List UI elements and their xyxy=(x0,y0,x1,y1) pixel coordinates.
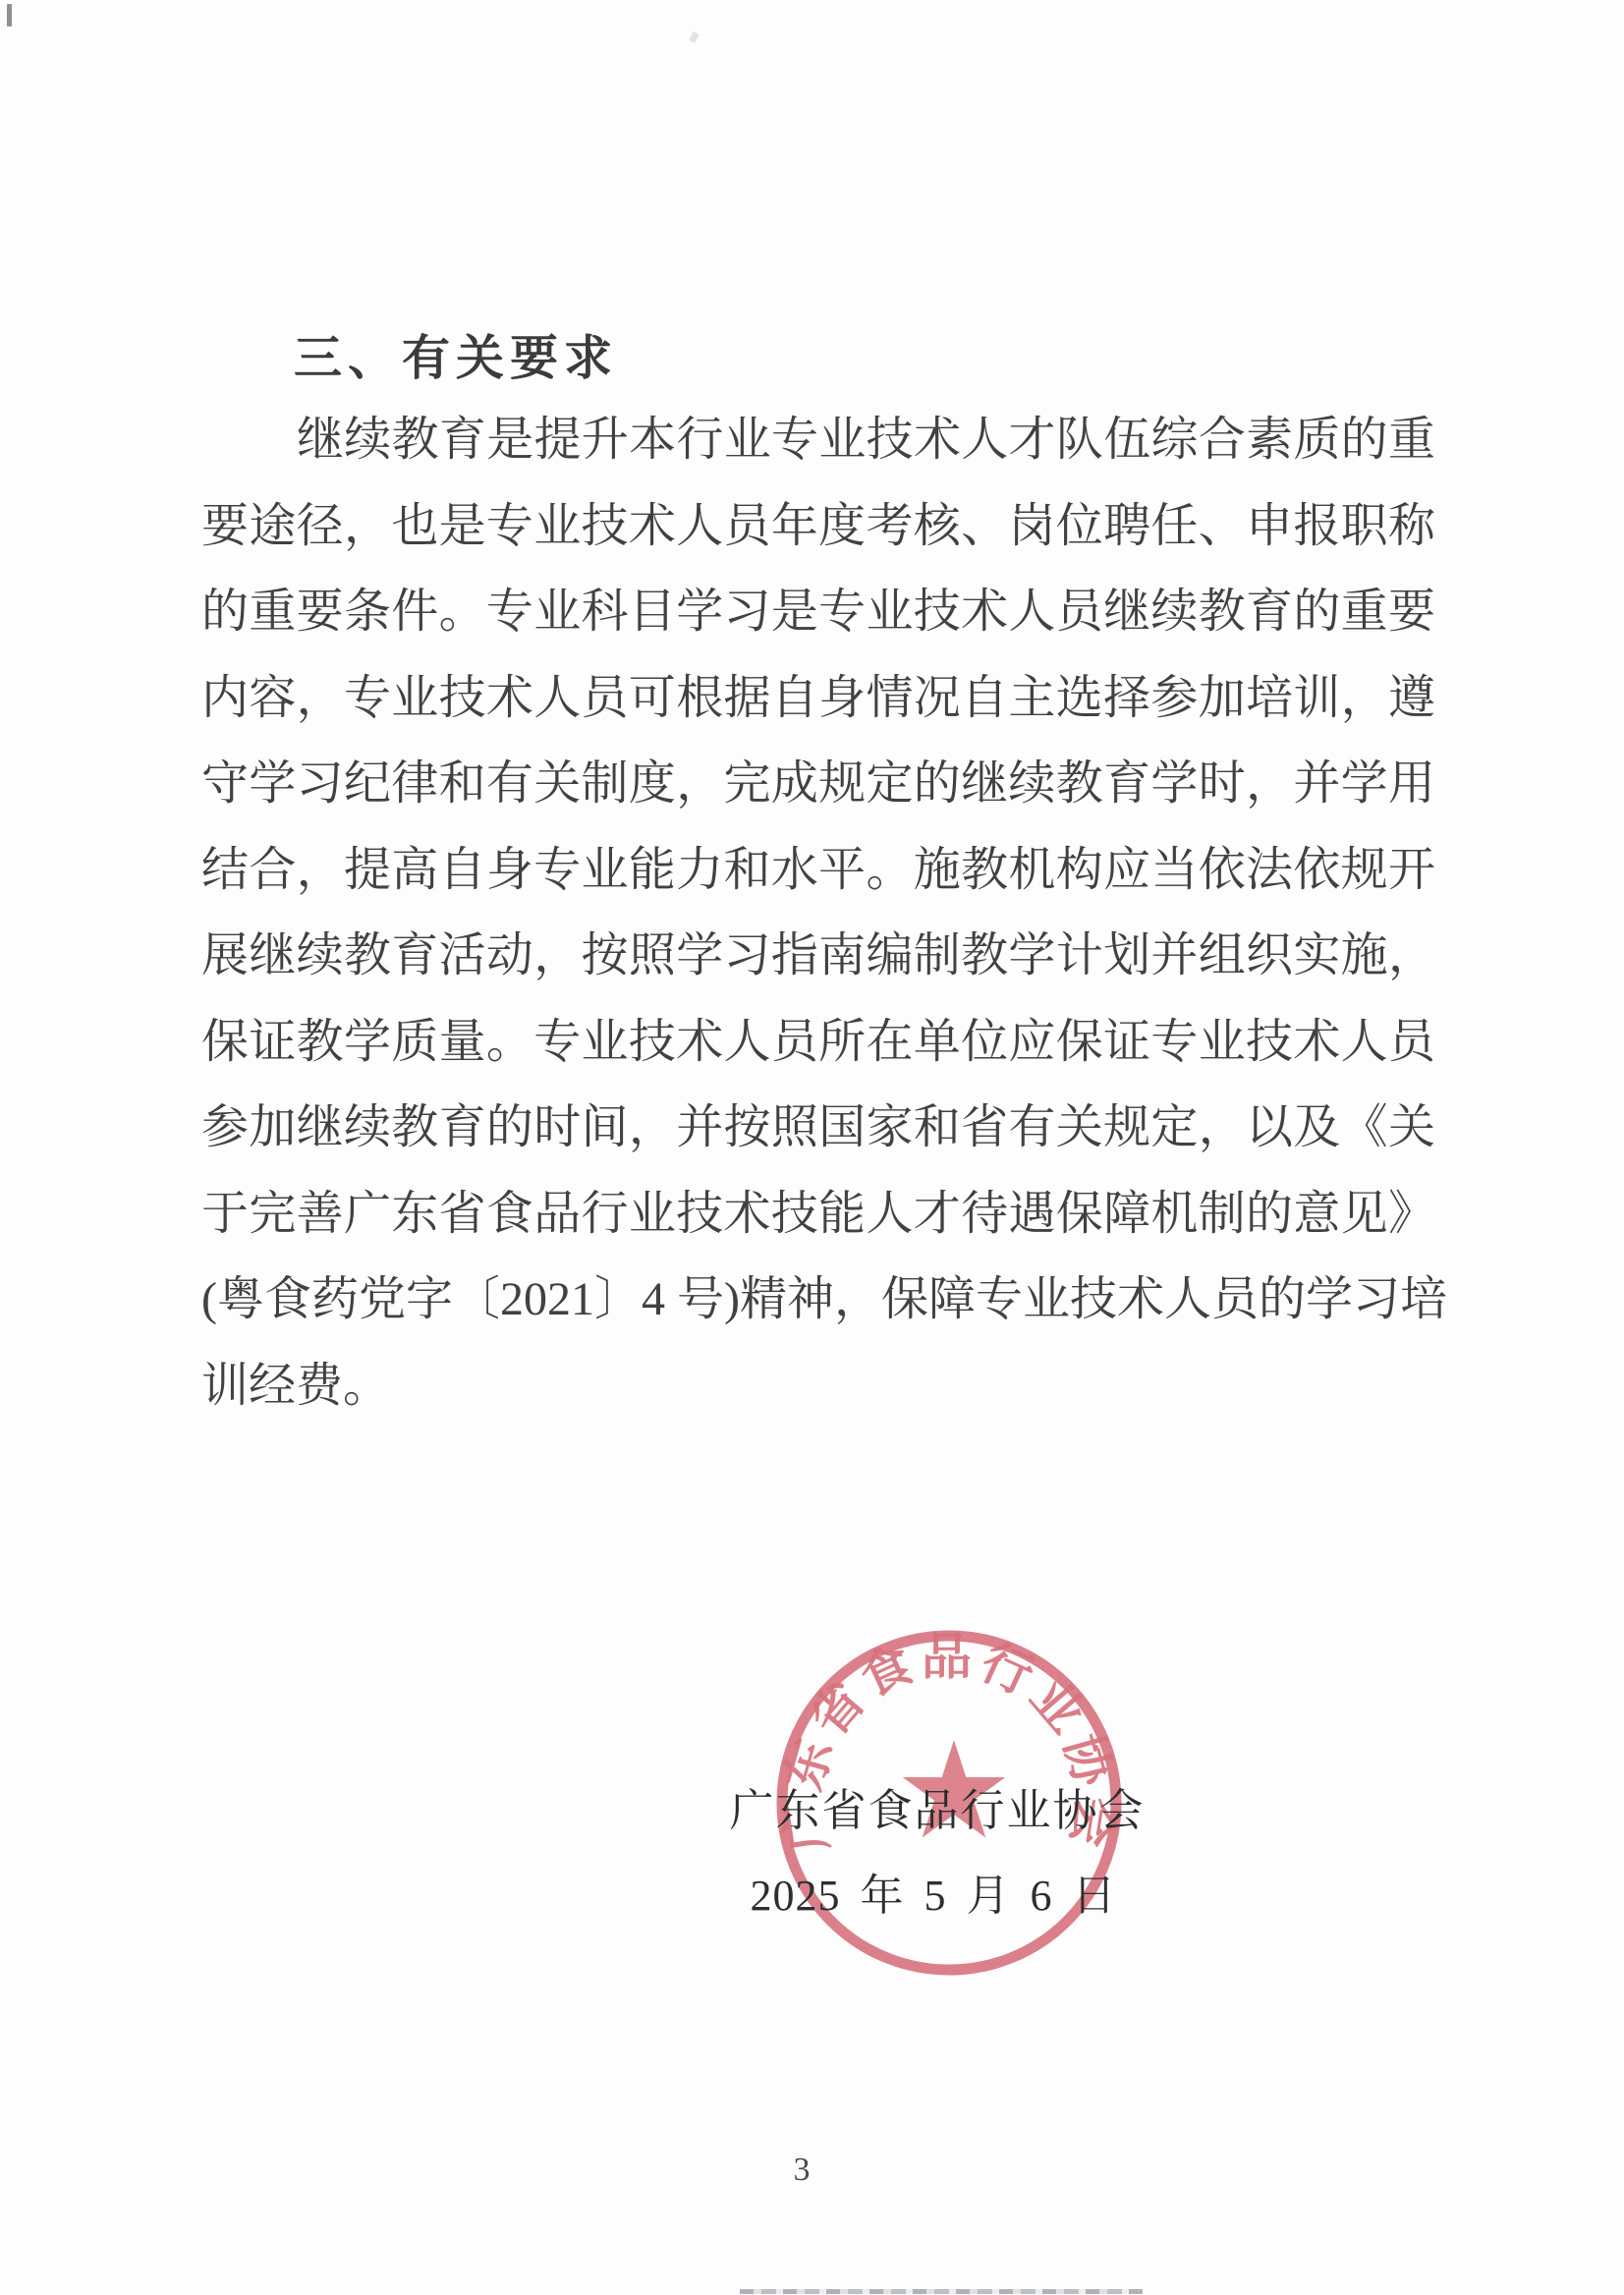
scan-artifact-dash xyxy=(7,4,12,27)
body-paragraph: 继续教育是提升本行业专业技术人才队伍综合素质的重 要途径，也是专业技术人员年度考… xyxy=(201,397,1435,1428)
body-line: 继续教育是提升本行业专业技术人才队伍综合素质的重 xyxy=(201,397,1435,483)
scan-artifact-speck xyxy=(689,31,700,43)
scan-artifact-bottom-edge xyxy=(740,2289,1143,2294)
body-line: 于完善广东省食品行业技术技能人才待遇保障机制的意见》 xyxy=(201,1171,1435,1258)
body-line: 守学习纪律和有关制度，完成规定的继续教育学时，并学用 xyxy=(201,741,1435,827)
section-heading: 三、有关要求 xyxy=(294,320,618,389)
signature-organization: 广东省食品行业协会 xyxy=(729,1774,1145,1838)
body-line: 内容，专业技术人员可根据自身情况自主选择参加培训，遵 xyxy=(201,655,1435,742)
body-line: 要途径，也是专业技术人员年度考核、岗位聘任、申报职称 xyxy=(201,483,1435,570)
page-number: 3 xyxy=(794,2152,811,2189)
body-line: 保证教学质量。专业技术人员所在单位应保证专业技术人员 xyxy=(201,999,1435,1086)
scanned-document-page: 三、有关要求 继续教育是提升本行业专业技术人才队伍综合素质的重 要途径，也是专业… xyxy=(0,0,1624,2295)
signature-date: 2025 年 5 月 6 日 xyxy=(751,1860,1117,1923)
body-line: 的重要条件。专业科目学习是专业技术人员继续教育的重要 xyxy=(201,569,1435,655)
body-line: 展继续教育活动，按照学习指南编制教学计划并组织实施， xyxy=(201,913,1435,999)
body-line: 参加继续教育的时间，并按照国家和省有关规定，以及《关 xyxy=(201,1085,1435,1171)
body-line: 训经费。 xyxy=(201,1343,1435,1429)
body-line: 结合，提高自身专业能力和水平。施教机构应当依法依规开 xyxy=(201,827,1435,914)
body-line: (粤食药党字〔2021〕4 号)精神，保障专业技术人员的学习培 xyxy=(201,1257,1435,1343)
